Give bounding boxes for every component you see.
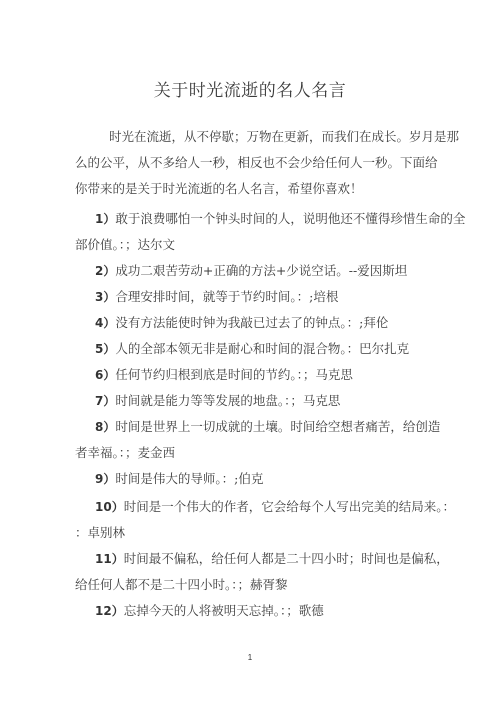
quote-3: 3）合理安排时间，就等于节约时间。：;培根: [95, 289, 338, 305]
quote-text: 任何节约归根到底是时间的节约。：；马克思: [115, 367, 353, 382]
quote-text: 合理安排时间，就等于节约时间。：;培根: [115, 289, 338, 304]
quote-number: 12）: [95, 604, 124, 618]
intro-line-2: 么的公平，从不多给人一秒，相反也不会少给任何人一秒。下面给: [75, 155, 438, 171]
page-number: 1: [0, 653, 500, 662]
document-page: 关于时光流逝的名人名言 时光在流逝，从不停歇；万物在更新，而我们在成长。岁月是那…: [0, 0, 500, 708]
quote-8-cont: 者幸福。：；麦金西: [75, 445, 175, 461]
quote-number: 7）: [95, 394, 115, 408]
quote-number: 8）: [95, 420, 115, 434]
quote-8: 8）时间是世界上一切成就的土壤。时间给空想者痛苦，给创造: [95, 419, 440, 435]
quote-text: 敢于浪费哪怕一个钟头时间的人，说明他还不懂得珍惜生命的全: [115, 211, 465, 226]
quote-10-cont: ：卓别林: [75, 525, 125, 541]
quote-1: 1）敢于浪费哪怕一个钟头时间的人，说明他还不懂得珍惜生命的全: [95, 211, 465, 227]
quote-7: 7）时间就是能力等等发展的地盘。：；马克思: [95, 393, 340, 409]
quote-number: 10）: [95, 500, 124, 514]
quote-number: 4）: [95, 316, 115, 330]
quote-4: 4）没有方法能使时钟为我敲已过去了的钟点。：;拜伦: [95, 315, 388, 331]
quote-6: 6）任何节约归根到底是时间的节约。：；马克思: [95, 367, 353, 383]
quote-number: 1）: [95, 212, 115, 226]
quote-9: 9）时间是伟大的导师。：;伯克: [95, 471, 263, 487]
quote-11: 11）时间最不偏私，给任何人都是二十四小时；时间也是偏私，: [95, 551, 449, 567]
quote-1-cont: 部价值。：；达尔文: [75, 237, 175, 253]
quote-2: 2）成功二艰苦劳动+正确的方法+少说空话。--爱因斯坦: [95, 263, 407, 279]
quote-text: 忘掉今天的人将被明天忘掉。：；歌德: [124, 603, 324, 618]
quote-text: 时间就是能力等等发展的地盘。：；马克思: [115, 393, 340, 408]
quote-11-cont: 给任何人都不是二十四小时。：；赫胥黎: [75, 577, 288, 593]
quote-number: 6）: [95, 368, 115, 382]
quote-12: 12）忘掉今天的人将被明天忘掉。：；歌德: [95, 603, 324, 619]
quote-text: 成功二艰苦劳动+正确的方法+少说空话。--爱因斯坦: [115, 263, 407, 278]
page-title: 关于时光流逝的名人名言: [0, 76, 500, 101]
quote-number: 9）: [95, 472, 115, 486]
quote-number: 2）: [95, 264, 115, 278]
intro-line-1: 时光在流逝，从不停歇；万物在更新，而我们在成长。岁月是那: [109, 129, 459, 145]
quote-10: 10）时间是一个伟大的作者，它会给每个人写出完美的结局来。：: [95, 499, 455, 515]
quote-text: 没有方法能使时钟为我敲已过去了的钟点。：;拜伦: [115, 315, 388, 330]
quote-number: 3）: [95, 290, 115, 304]
quote-number: 5）: [95, 342, 115, 356]
quote-text: 时间是世界上一切成就的土壤。时间给空想者痛苦，给创造: [115, 419, 440, 434]
quote-text: 人的全部本领无非是耐心和时间的混合物。：巴尔扎克: [115, 341, 409, 356]
quote-text: 时间是一个伟大的作者，它会给每个人写出完美的结局来。：: [124, 499, 455, 514]
intro-line-3: 你带来的是关于时光流逝的名人名言，希望你喜欢！: [75, 181, 363, 197]
quote-5: 5）人的全部本领无非是耐心和时间的混合物。：巴尔扎克: [95, 341, 409, 357]
quote-text: 时间最不偏私，给任何人都是二十四小时；时间也是偏私，: [124, 551, 449, 566]
quote-text: 时间是伟大的导师。：;伯克: [115, 471, 263, 486]
quote-number: 11）: [95, 552, 124, 566]
